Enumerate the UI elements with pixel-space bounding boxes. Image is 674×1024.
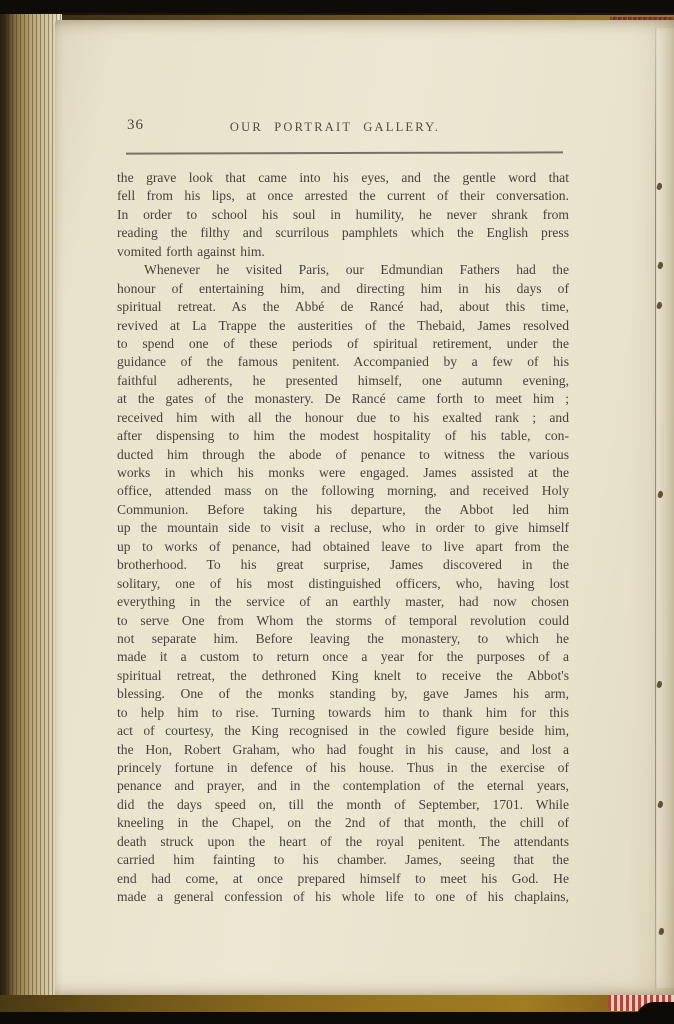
text-line: to spend one of these periods of spiritu… <box>117 335 569 353</box>
text-line: guidance of the famous penitent. Accompa… <box>117 353 569 371</box>
text-line: the grave look that came into his eyes, … <box>117 169 569 187</box>
text-line: Communion. Before taking his departure, … <box>117 501 569 519</box>
text-line: kneeling in the Chapel, on the 2nd of th… <box>117 814 569 832</box>
text-line: to help him to rise. Turning towards him… <box>117 704 569 722</box>
text-line: at the gates of the monastery. De Rancé … <box>117 390 569 408</box>
text-line: did the days speed on, till the month of… <box>117 796 569 814</box>
text-line: up to works of penance, had obtained lea… <box>117 538 569 556</box>
text-line: made it a custom to return once a year f… <box>117 648 569 666</box>
text-line: ducted him through the abode of penance … <box>117 446 569 464</box>
text-line: solitary, one of his most distinguished … <box>117 575 569 593</box>
book-photo: 36 OUR PORTRAIT GALLERY. the grave look … <box>0 0 674 1024</box>
text-line: everything in the service of an earthly … <box>117 593 569 611</box>
text-line: carried him fainting to his chamber. Jam… <box>117 851 569 869</box>
text-line: faithful adherents, he presented himself… <box>117 372 569 390</box>
body-text: the grave look that came into his eyes, … <box>117 169 569 907</box>
text-line: penance and prayer, and in the contempla… <box>117 777 569 795</box>
text-line: death struck upon the heart of the royal… <box>117 833 569 851</box>
text-line: act of courtesy, the King recognised in … <box>117 722 569 740</box>
text-line: reading the filthy and scurrilous pamphl… <box>117 224 569 242</box>
text-line: brotherhood. To his great surprise, Jame… <box>117 556 569 574</box>
running-header: OUR PORTRAIT GALLERY. <box>55 120 615 135</box>
page-gutter-crease <box>655 28 656 988</box>
text-line: vomited forth against him. <box>117 243 569 261</box>
text-line: up the mountain side to visit a recluse,… <box>117 519 569 537</box>
text-line: revived at La Trappe the austerities of … <box>117 317 569 335</box>
text-line: made a general confession of his whole l… <box>117 888 569 906</box>
text-line: after dispensing to him the modest hospi… <box>117 427 569 445</box>
text-line: works in which his monks were engaged. J… <box>117 464 569 482</box>
text-line: the Hon, Robert Graham, who had fought i… <box>117 741 569 759</box>
text-line: In order to school his soul in humility,… <box>117 206 569 224</box>
text-line: princely fortune in defence of his house… <box>117 759 569 777</box>
text-line: Whenever he visited Paris, our Edmundian… <box>117 261 569 279</box>
text-line: fell from his lips, at once arrested the… <box>117 187 569 205</box>
gutter-highlight <box>657 28 674 988</box>
text-line: spiritual retreat. As the Abbé de Rancé … <box>117 298 569 316</box>
book-page: 36 OUR PORTRAIT GALLERY. the grave look … <box>55 20 674 995</box>
text-line: blessing. One of the monks standing by, … <box>117 685 569 703</box>
text-line: end had come, at once prepared himself t… <box>117 870 569 888</box>
background-bottom <box>0 1012 674 1024</box>
text-line: office, attended mass on the following m… <box>117 482 569 500</box>
page-stack-left-edges <box>0 14 62 1010</box>
text-line: spiritual retreat, the dethroned King kn… <box>117 667 569 685</box>
text-line: not separate him. Before leaving the mon… <box>117 630 569 648</box>
header-rule <box>126 151 563 154</box>
text-line: to serve One from Whom the storms of tem… <box>117 612 569 630</box>
text-line: received him with all the honour due to … <box>117 409 569 427</box>
text-line: honour of entertaining him, and directin… <box>117 280 569 298</box>
